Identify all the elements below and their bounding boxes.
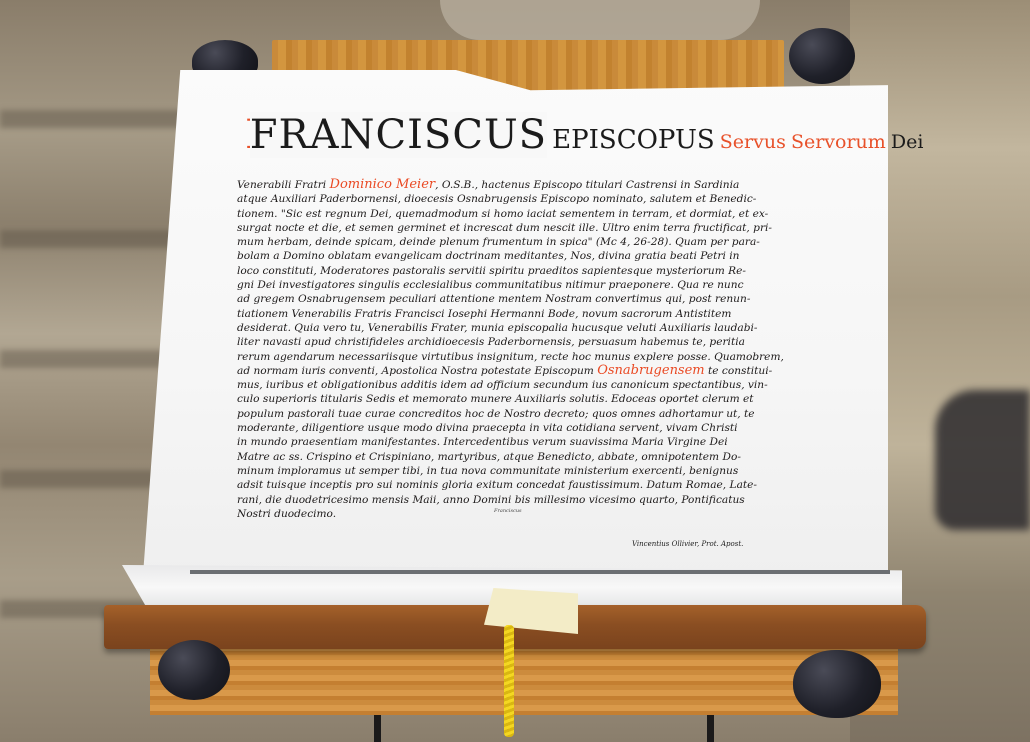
document-line: ad gregem Osnabrugensem peculiari attent… [237,292,792,306]
dark-object-right [935,390,1030,530]
line-text: loco constituti, Moderatores pastoralis … [237,265,746,277]
heading-dei: Dei [891,131,924,153]
line-text: adsit tuisque inceptis pro sui nominis g… [237,479,757,491]
line-text: bolam a Domino oblatam evangelicam doctr… [237,250,739,262]
line-text: mum herbam, deinde spicam, deinde plenum… [237,236,760,248]
lectern-leg-left [374,715,381,742]
line-text: te constitui- [705,365,773,377]
line-text: tiationem Venerabilis Fratris Francisci … [237,308,731,320]
line-text: rani, die duodetricesimo mensis Maii, an… [237,494,745,506]
document-line: Matre ac ss. Crispino et Crispiniano, ma… [237,450,792,464]
line-text: in mundo praesentiam manifestantes. Inte… [237,436,728,448]
line-text: gni Dei investigatores singulis ecclesia… [237,279,744,291]
line-text: rerum agendarum necessariisque virtutibu… [237,351,784,363]
line-text: moderante, diligentiore usque modo divin… [237,422,738,434]
red-ink-name: Osnabrugensem [597,364,704,378]
document-line: minum imploramus ut semper tibi, in tua … [237,464,792,478]
line-text: mus, iuribus et obligationibus additis i… [237,379,768,391]
line-text: Venerabili Fratri [237,179,330,191]
document-line: ad normam iuris conventi, Apostolica Nos… [237,364,792,378]
document-line: tionem. "Sic est regnum Dei, quemadmodum… [237,207,792,221]
document-line: liter navasti apud christifideles archid… [237,335,792,349]
line-text: culo superioris titularis Sedis et memor… [237,393,754,405]
document-line: culo superioris titularis Sedis et memor… [237,392,792,406]
document-body: Venerabili Fratri Dominico Meier, O.S.B.… [237,178,792,521]
document-line: adsit tuisque inceptis pro sui nominis g… [237,478,792,492]
line-text: populum pastorali tuae curae concreditos… [237,408,755,420]
line-text: surgat nocte et die, et semen germinet e… [237,222,772,234]
notary-signature: Vincentius Ollivier, Prot. Apost. [632,540,743,548]
paper-holding-rod [190,570,890,574]
line-text: , O.S.B., hactenus Episcopo titulari Cas… [435,179,739,191]
line-text: minum imploramus ut semper tibi, in tua … [237,465,738,477]
pope-signature: Franciscus [494,508,522,514]
heading-servus: Servus [720,131,786,153]
document-line: in mundo praesentiam manifestantes. Inte… [237,435,792,449]
heading-servorum: Servorum [791,131,886,153]
document-line: desiderat. Quia vero tu, Venerabilis Fra… [237,321,792,335]
line-text: ad gregem Osnabrugensem peculiari attent… [237,293,750,305]
line-text: desiderat. Quia vero tu, Venerabilis Fra… [237,322,757,334]
heading-title: EPISCOPUS [552,125,715,155]
document-line: tiationem Venerabilis Fratris Francisci … [237,307,792,321]
document-heading: FFRANCISCUS EPISCOPUS Servus Servorum De… [245,112,923,158]
heading-name: FRANCISCUS [250,112,547,158]
lectern-leg-right [707,715,714,742]
document-line: bolam a Domino oblatam evangelicam doctr… [237,249,792,263]
line-text: Nostri duodecimo. [237,508,336,520]
document-line: gni Dei investigatores singulis ecclesia… [237,278,792,292]
document-line: rani, die duodetricesimo mensis Maii, an… [237,493,792,507]
document-line: loco constituti, Moderatores pastoralis … [237,264,792,278]
stone-weight-bottom-left[interactable] [158,640,230,700]
document-line: populum pastorali tuae curae concreditos… [237,407,792,421]
document-line: rerum agendarum necessariisque virtutibu… [237,350,792,364]
document-line: moderante, diligentiore usque modo divin… [237,421,792,435]
stone-weight-bottom-right[interactable] [793,650,881,718]
line-text: tionem. "Sic est regnum Dei, quemadmodum… [237,208,768,220]
stone-weight-top-right[interactable] [789,28,855,84]
line-text: atque Auxiliari Paderbornensi, dioecesis… [237,193,756,205]
document-line: mus, iuribus et obligationibus additis i… [237,378,792,392]
document-line: mum herbam, deinde spicam, deinde plenum… [237,235,792,249]
document-line: Venerabili Fratri Dominico Meier, O.S.B.… [237,178,792,192]
red-ink-name: Dominico Meier [330,178,436,192]
document-line: atque Auxiliari Paderbornensi, dioecesis… [237,192,792,206]
line-text: liter navasti apud christifideles archid… [237,336,745,348]
line-text: Matre ac ss. Crispino et Crispiniano, ma… [237,451,741,463]
yellow-silk-cord [504,625,514,737]
stone-column-base [440,0,760,40]
document-line: surgat nocte et die, et semen germinet e… [237,221,792,235]
line-text: ad normam iuris conventi, Apostolica Nos… [237,365,597,377]
